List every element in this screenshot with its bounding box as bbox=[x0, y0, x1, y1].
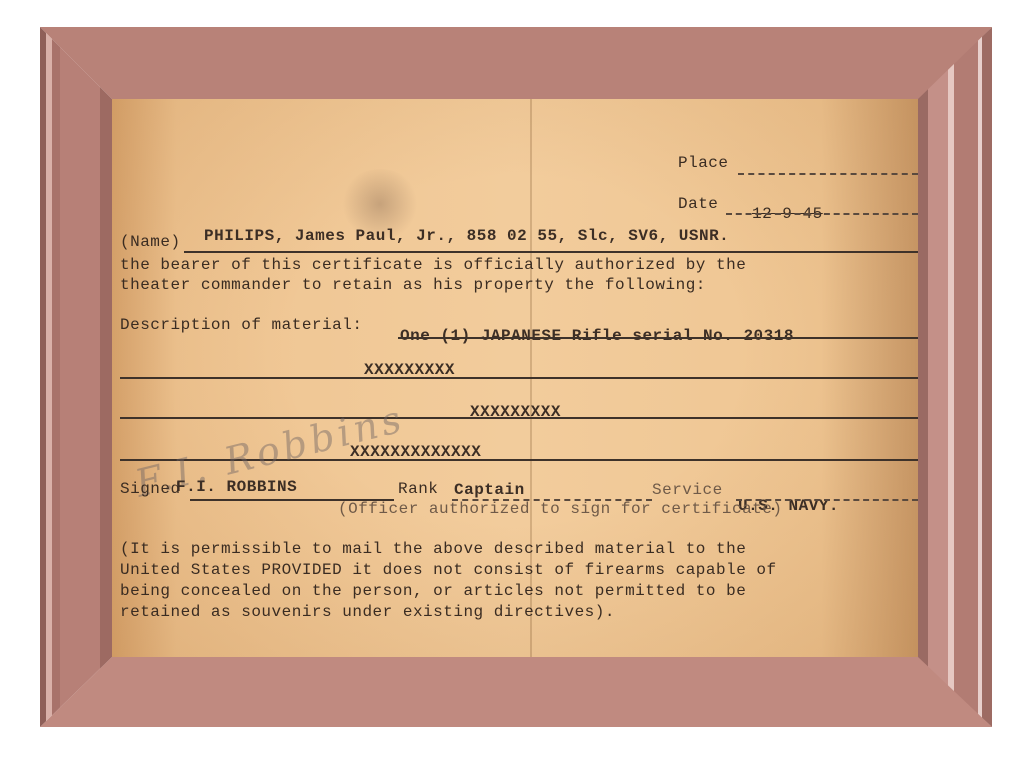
frame-right bbox=[918, 27, 992, 727]
frame-left bbox=[40, 27, 112, 727]
blank-line-1 bbox=[120, 377, 918, 379]
description-line bbox=[398, 337, 918, 339]
date-label: Date bbox=[678, 195, 718, 213]
signed-value: F.I. ROBBINS bbox=[176, 478, 297, 496]
description-label: Description of material: bbox=[120, 316, 362, 334]
date-line bbox=[726, 213, 918, 215]
officer-note: (Officer authorized to sign for certific… bbox=[338, 500, 782, 518]
body-line-2: theater commander to retain as his prope… bbox=[120, 276, 706, 294]
blank-line-2 bbox=[120, 417, 918, 419]
footer-line-3: being concealed on the person, or articl… bbox=[120, 582, 746, 600]
body-line-1: the bearer of this certificate is offici… bbox=[120, 256, 746, 274]
rank-value: Captain bbox=[454, 481, 525, 499]
signed-label: Signed bbox=[120, 480, 181, 498]
place-line bbox=[738, 173, 918, 175]
frame-bottom bbox=[40, 657, 992, 727]
name-label: (Name) bbox=[120, 233, 181, 251]
description-value: One (1) JAPANESE Rifle serial No. 20318 bbox=[400, 327, 794, 345]
certificate-document: Place Date 12-9-45 (Name) PHILIPS, James… bbox=[112, 99, 918, 657]
footer-line-4: retained as souvenirs under existing dir… bbox=[120, 603, 615, 621]
frame-top bbox=[40, 27, 992, 99]
place-label: Place bbox=[678, 154, 729, 172]
rank-label: Rank bbox=[398, 480, 438, 498]
name-line bbox=[184, 251, 918, 253]
footer-line-1: (It is permissible to mail the above des… bbox=[120, 540, 746, 558]
footer-line-2: United States PROVIDED it does not consi… bbox=[120, 561, 777, 579]
name-value: PHILIPS, James Paul, Jr., 858 02 55, Slc… bbox=[204, 227, 729, 245]
service-label: Service bbox=[652, 481, 723, 499]
